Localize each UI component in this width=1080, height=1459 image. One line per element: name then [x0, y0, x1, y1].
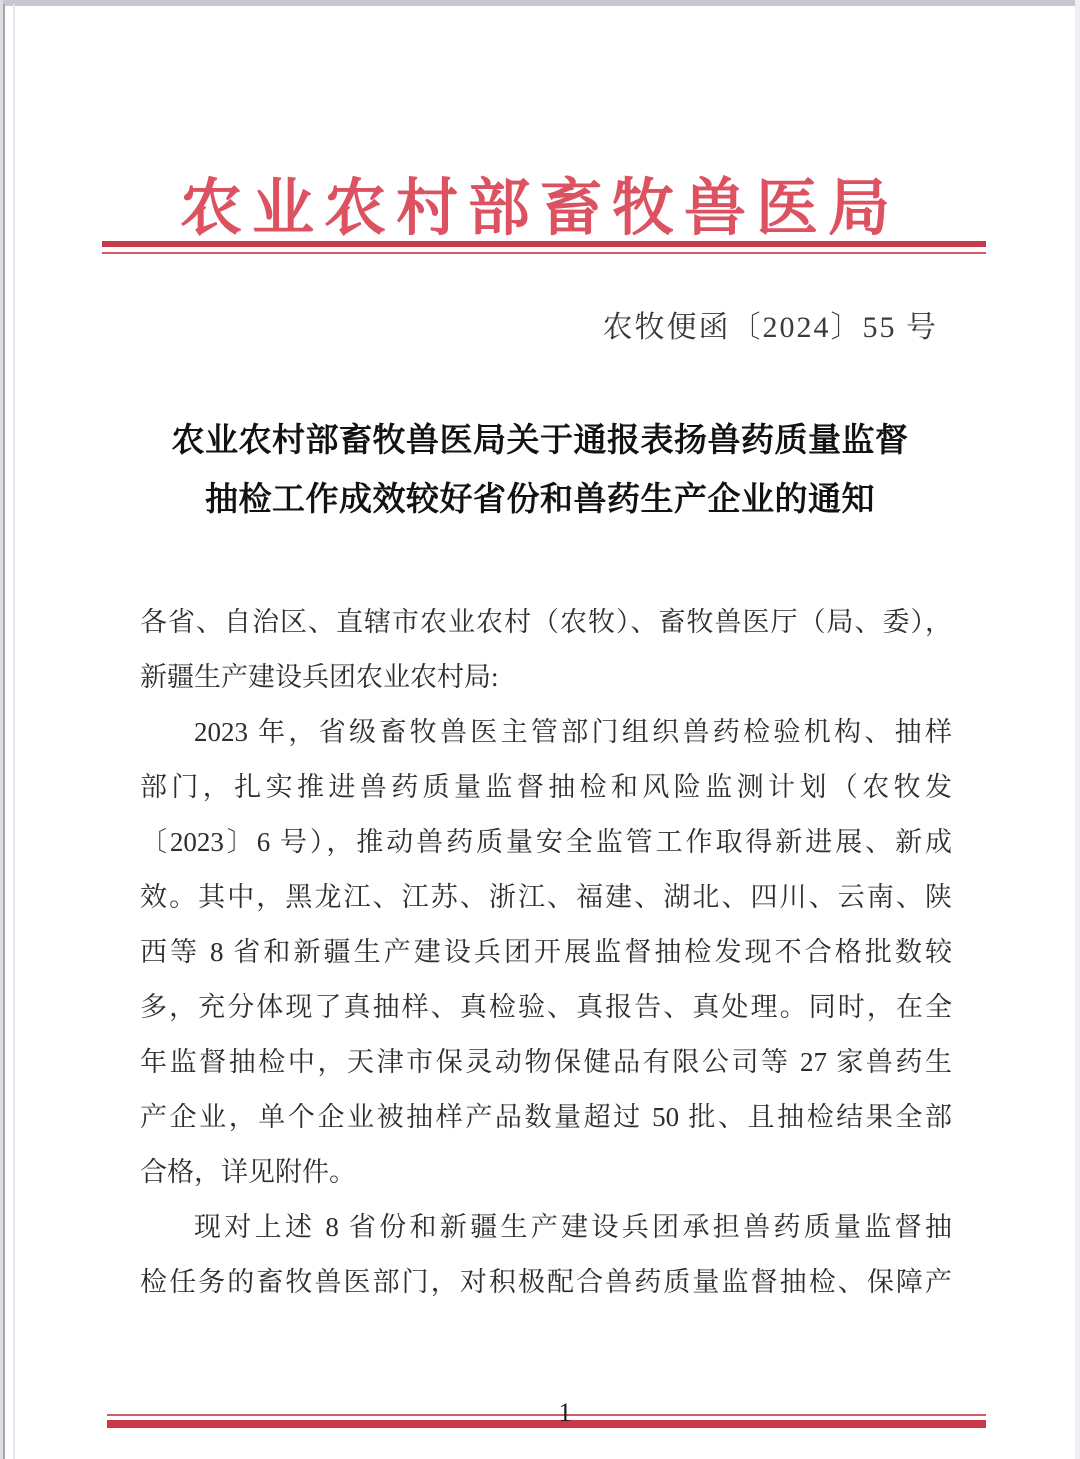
footer-rule-thick: [107, 1420, 986, 1428]
letterhead-rule-thin: [102, 252, 986, 254]
document-title-line2: 抽检工作成效较好省份和兽药生产企业的通知: [0, 471, 1080, 530]
body-line: 多，充分体现了真抽样、真检验、真报告、真处理。同时，在全: [140, 980, 952, 1035]
body-line: 部门，扎实推进兽药质量监督抽检和风险监测计划（农牧发: [140, 760, 952, 815]
body-line: 现对上述 8 省份和新疆生产建设兵团承担兽药质量监督抽: [140, 1200, 952, 1255]
body-line: 检任务的畜牧兽医部门，对积极配合兽药质量监督抽检、保障产: [140, 1255, 952, 1310]
body-line: 合格，详见附件。: [140, 1145, 952, 1200]
body-line-salutation-1: 各省、自治区、直辖市农业农村（农牧）、畜牧兽医厅（局、委），: [140, 595, 952, 650]
footer-rule-thin: [107, 1414, 986, 1416]
letterhead-rule-thick: [102, 241, 986, 247]
scan-edge-top: [0, 0, 1080, 6]
document-title: 农业农村部畜牧兽医局关于通报表扬兽药质量监督 抽检工作成效较好省份和兽药生产企业…: [0, 412, 1080, 530]
letterhead-org-name: 农业农村部畜牧兽医局: [0, 158, 1080, 247]
body-line: 西等 8 省和新疆生产建设兵团开展监督抽检发现不合格批数较: [140, 925, 952, 980]
document-page: 农业农村部畜牧兽医局 农牧便函〔2024〕55 号 农业农村部畜牧兽医局关于通报…: [0, 0, 1080, 1459]
body-line: 年监督抽检中，天津市保灵动物保健品有限公司等 27 家兽药生: [140, 1035, 952, 1090]
document-title-line1: 农业农村部畜牧兽医局关于通报表扬兽药质量监督: [0, 412, 1080, 471]
document-body: 各省、自治区、直辖市农业农村（农牧）、畜牧兽医厅（局、委）， 新疆生产建设兵团农…: [140, 595, 952, 1310]
body-line: 产企业，单个企业被抽样产品数量超过 50 批、且抽检结果全部: [140, 1090, 952, 1145]
document-number: 农牧便函〔2024〕55 号: [0, 302, 938, 346]
body-line: 〔2023〕6 号），推动兽药质量安全监管工作取得新进展、新成: [140, 815, 952, 870]
body-line-salutation-2: 新疆生产建设兵团农业农村局:: [140, 650, 952, 705]
page-number: 1: [550, 1398, 580, 1428]
body-line: 2023 年，省级畜牧兽医主管部门组织兽药检验机构、抽样: [140, 705, 952, 760]
body-line: 效。其中，黑龙江、江苏、浙江、福建、湖北、四川、云南、陕: [140, 870, 952, 925]
